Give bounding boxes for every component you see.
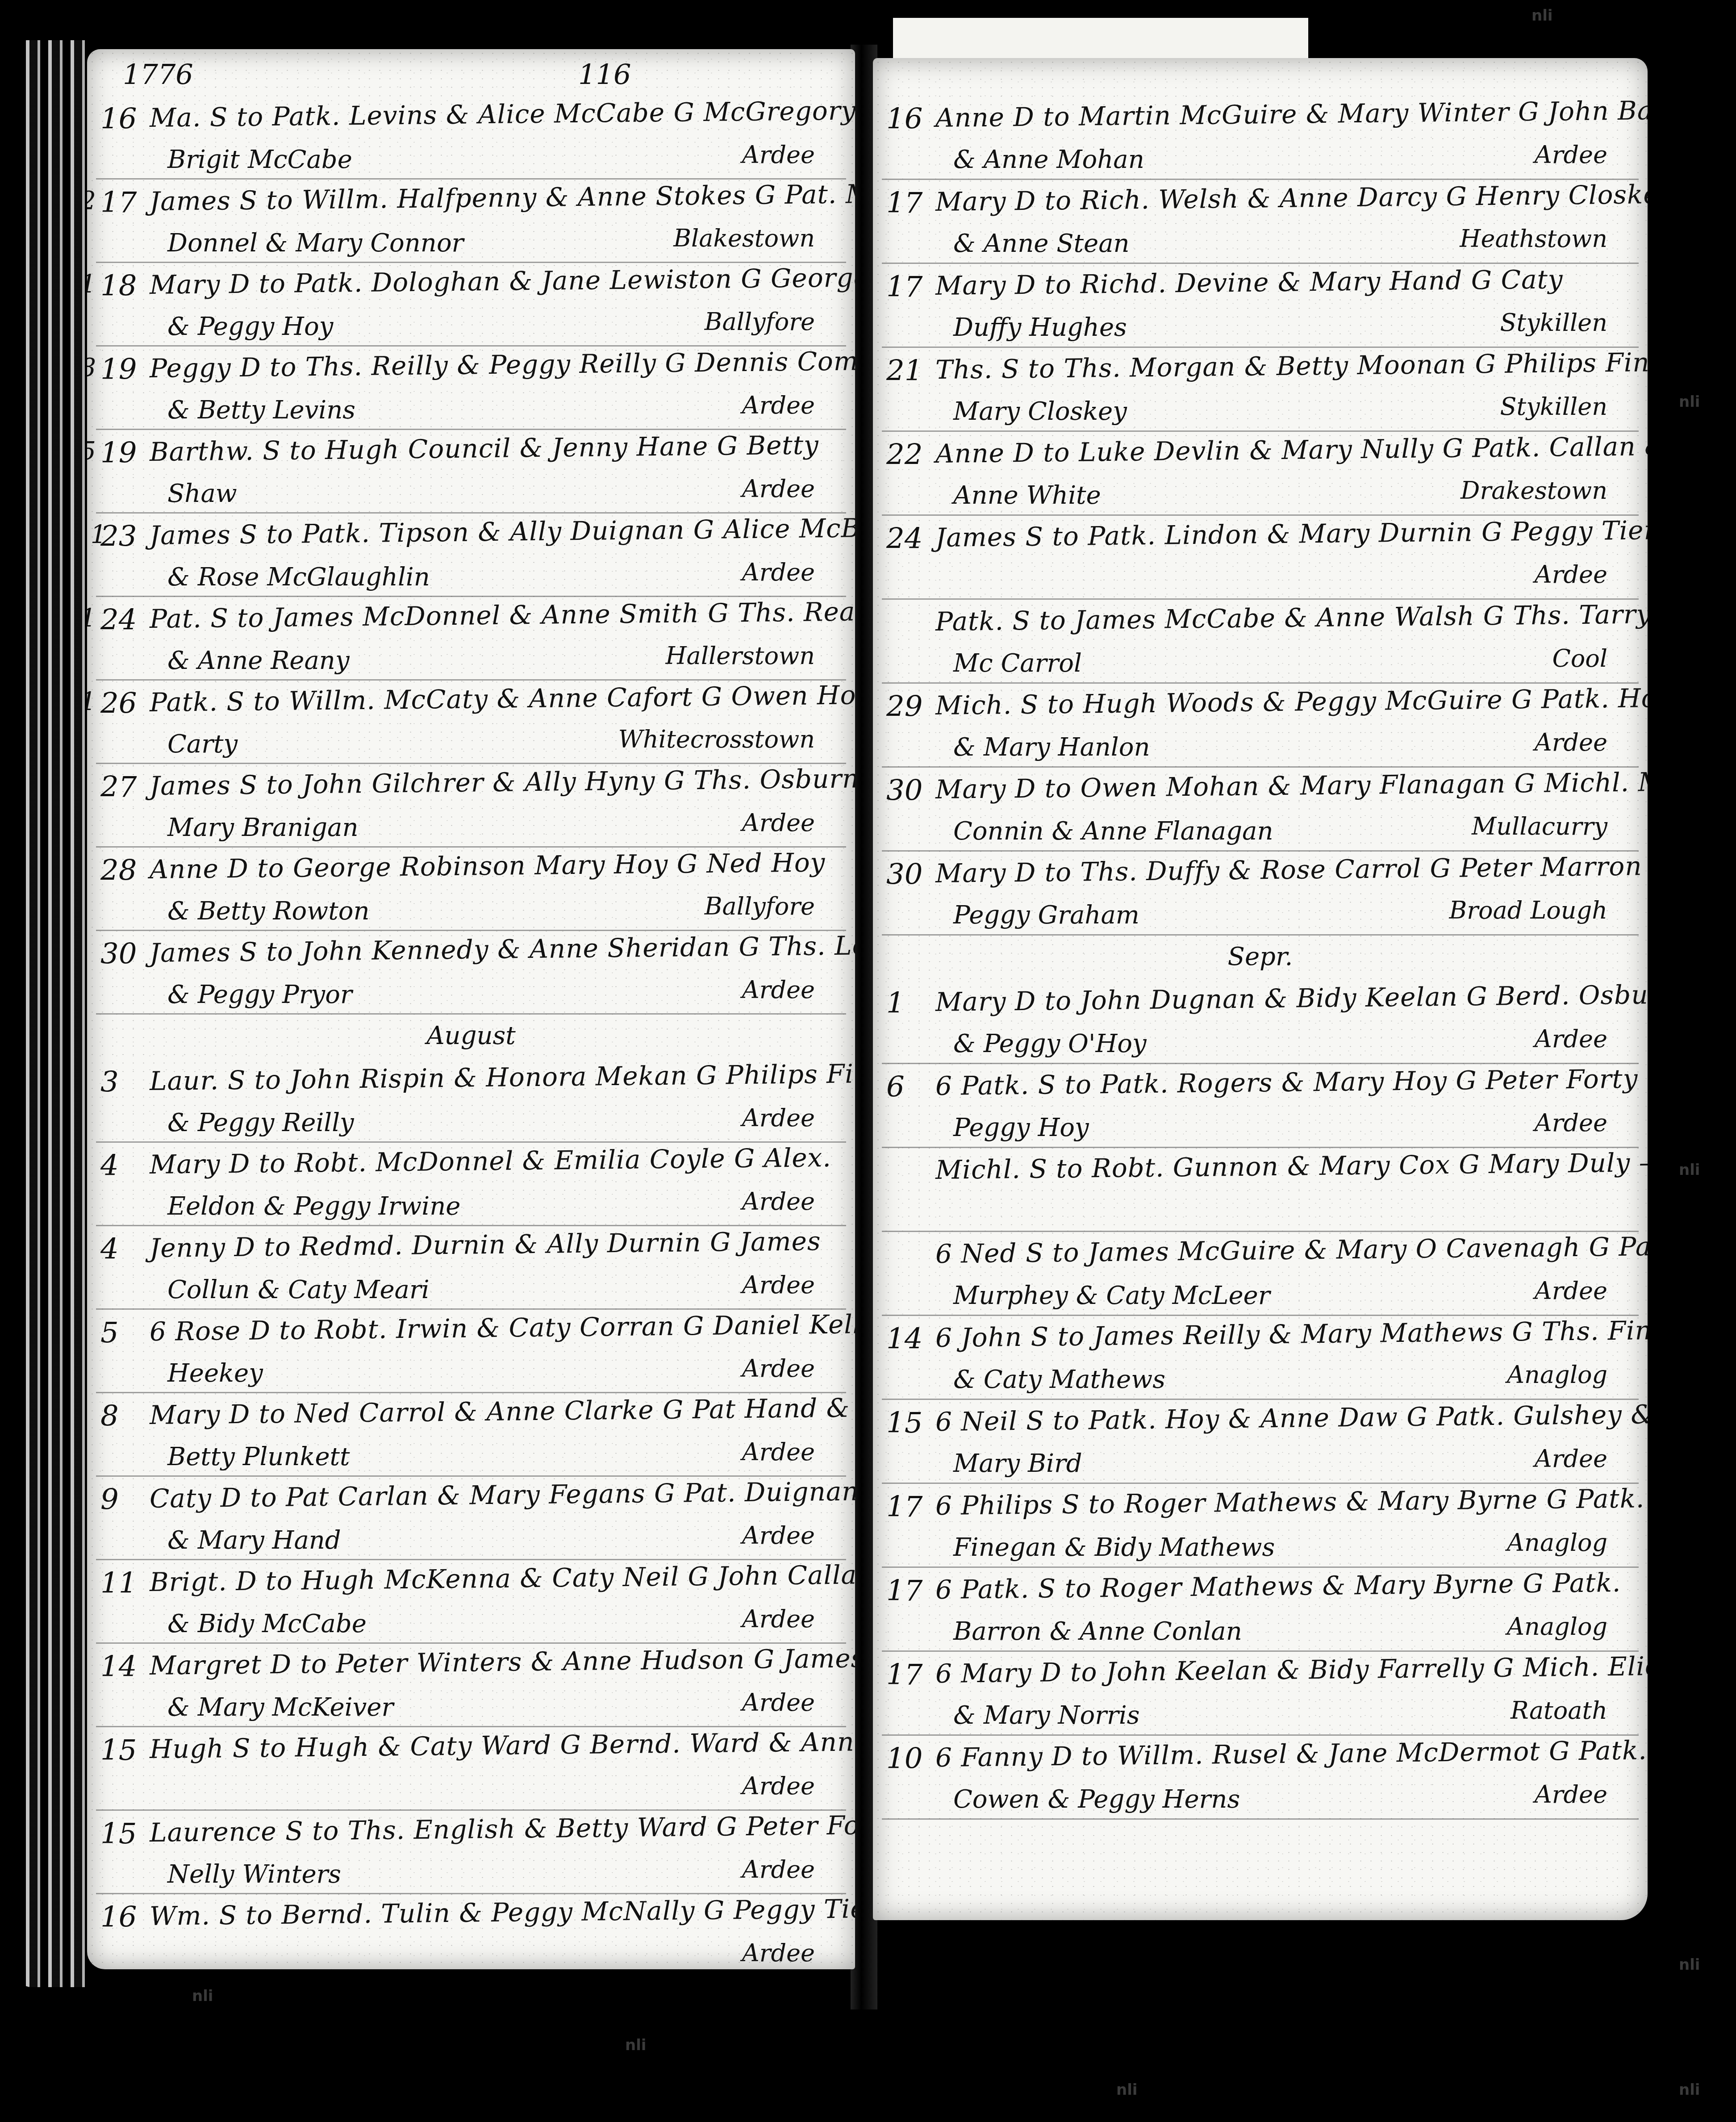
entry-place: Stykillen (1500, 393, 1607, 421)
register-entry: 56 Rose D to Robt. Irwin & Caty Corran G… (87, 1312, 855, 1401)
entry-line-2: & Peggy Reilly (167, 1108, 354, 1137)
entry-line-1: Brigt. D to Hugh McKenna & Caty Neil G J… (150, 1560, 842, 1597)
entry-day: 17 (886, 1491, 935, 1524)
register-entry: 24James S to Patk. Lindon & Mary Durnin … (873, 518, 1648, 607)
entry-line-1: Laur. S to John Rispin & Honora Mekan G … (150, 1059, 842, 1096)
register-entry: 1123James S to Patk. Tipson & Ally Duign… (87, 516, 855, 605)
entry-place: Stykillen (1500, 309, 1607, 337)
margin-number: 1 (87, 604, 101, 633)
entry-day: 1 (886, 987, 935, 1020)
entry-day: 4 (100, 1149, 150, 1182)
watermark: nli (192, 1987, 213, 2005)
entry-line-1: Ma. S to Patk. Levins & Alice McCabe G M… (150, 96, 842, 133)
entry-line-1: James S to Patk. Lindon & Mary Durnin G … (935, 515, 1635, 553)
entry-line-1: Mich. S to Hugh Woods & Peggy McGuire G … (935, 683, 1635, 721)
ruled-line (882, 850, 1639, 852)
entry-line-2: Mary Bird (953, 1449, 1082, 1478)
entry-day: 22 (886, 439, 935, 472)
entry-place: Ardee (742, 1772, 815, 1800)
entry-line-1: 6 Ned S to James McGuire & Mary O Cavena… (935, 1232, 1635, 1269)
entry-line-2: & Peggy O'Hoy (953, 1029, 1147, 1058)
entry-place: Ardee (742, 1521, 815, 1550)
register-entry: 16Wm. S to Bernd. Tulin & Peggy McNally … (87, 1896, 855, 1969)
entry-line-2: & Anne Mohan (953, 145, 1144, 174)
entry-line-2: Collun & Caty Meari (167, 1275, 430, 1304)
ruled-line (96, 846, 846, 848)
ruled-line (96, 1642, 846, 1644)
ruled-line (96, 345, 846, 347)
entry-line-1: Patk. S to Willm. McCaty & Anne Cafort G… (150, 680, 842, 718)
entry-line-2: & Mary McKeiver (167, 1693, 393, 1722)
entry-line-2: & Betty Levins (167, 396, 355, 425)
entry-place: Blakestown (673, 224, 815, 252)
page-header: 1776 116 (105, 54, 837, 94)
entry-line-2: Anne White (953, 481, 1101, 510)
entry-line-1: 6 Neil S to Patk. Hoy & Anne Daw G Patk.… (935, 1399, 1635, 1437)
entry-place: Cool (1552, 644, 1607, 673)
register-entry: 16Anne D to Martin McGuire & Mary Winter… (873, 98, 1648, 188)
entry-place: Broad Lough (1449, 896, 1607, 924)
register-entry: Michl. S to Robt. Gunnon & Mary Cox G Ma… (873, 1150, 1648, 1240)
entry-day: 30 (886, 858, 935, 891)
book-page-edges (18, 40, 89, 1987)
ruled-line (882, 179, 1639, 180)
ruled-line (882, 934, 1639, 936)
entry-line-2: Mary Branigan (167, 813, 359, 842)
register-entry: 6 Ned S to James McGuire & Mary O Cavena… (873, 1234, 1648, 1324)
ruled-line (882, 1483, 1639, 1484)
entry-line-1: Patk. S to James McCabe & Anne Walsh G T… (935, 599, 1635, 637)
entry-line-1: 6 Fanny D to Willm. Rusel & Jane McDermo… (935, 1735, 1635, 1773)
ruled-line (882, 514, 1639, 516)
entry-place: Ardee (1535, 1109, 1607, 1137)
watermark: nli (625, 2036, 647, 2054)
ruled-line (882, 1231, 1639, 1232)
entry-line-2: & Rose McGlaughlin (167, 563, 430, 592)
ruled-line (96, 1225, 846, 1226)
entry-line-1: James S to John Gilchrer & Ally Hyny G T… (150, 764, 842, 801)
entry-place: Ardee (742, 1855, 815, 1884)
entry-line-1: Caty D to Pat Carlan & Mary Fegans G Pat… (150, 1476, 842, 1514)
ruled-line (96, 763, 846, 764)
ruled-line (96, 1141, 846, 1143)
entry-line-1: Anne D to Luke Devlin & Mary Nully G Pat… (935, 431, 1635, 469)
ruled-line (96, 1726, 846, 1727)
margin-number: 5 (87, 437, 101, 466)
entry-day: 3 (100, 1066, 150, 1099)
entry-day: 21 (886, 355, 935, 388)
entry-line-1: Mary D to Richd. Devine & Mary Hand G Ca… (935, 263, 1635, 301)
entry-place: Ardee (742, 1438, 815, 1466)
entry-day: 29 (886, 690, 935, 723)
register-entry: 1Mary D to John Dugnan & Bidy Keelan G B… (873, 982, 1648, 1072)
entry-line-2: & Anne Reany (167, 646, 350, 675)
watermark: nli (1532, 7, 1553, 25)
ruled-line (882, 1147, 1639, 1148)
entry-place: Ardee (742, 1939, 815, 1967)
entry-line-1: Laurence S to Ths. English & Betty Ward … (150, 1810, 842, 1848)
ruled-line (882, 263, 1639, 264)
entry-line-2: & Caty Mathews (953, 1365, 1165, 1394)
entry-line-2: Eeldon & Peggy Irwine (167, 1192, 460, 1221)
entry-day: 15 (886, 1407, 935, 1440)
entry-line-1: Mary D to Ned Carrol & Anne Clarke G Pat… (150, 1393, 842, 1430)
watermark: nli (1679, 1956, 1700, 1974)
entry-day: 17 (886, 1575, 935, 1608)
entry-day: 10 (886, 1742, 935, 1775)
register-entry: 3Laur. S to John Rispin & Honora Mekan G… (87, 1061, 855, 1151)
right-page: 16Anne D to Martin McGuire & Mary Winter… (873, 58, 1648, 1920)
register-entry: 30James S to John Kennedy & Anne Sherida… (87, 933, 855, 1023)
register-entry: 15Hugh S to Hugh & Caty Ward G Bernd. Wa… (87, 1729, 855, 1819)
entry-day: 30 (886, 774, 935, 807)
entry-day: 27 (100, 771, 150, 804)
entry-day: 6 (886, 1071, 935, 1104)
paper-slip (893, 18, 1306, 63)
ruled-line (96, 512, 846, 514)
entry-place: Hallerstown (665, 642, 815, 670)
ruled-line (96, 1392, 846, 1393)
entry-place: Drakestown (1461, 476, 1607, 505)
ruled-line (882, 598, 1639, 600)
ruled-line (882, 347, 1639, 348)
entry-line-1: 6 John S to James Reilly & Mary Mathews … (935, 1316, 1635, 1353)
register-entry: Patk. S to James McCabe & Anne Walsh G T… (873, 602, 1648, 691)
entry-line-1: 6 Patk. S to Patk. Rogers & Mary Hoy G P… (935, 1064, 1635, 1101)
ruled-line (96, 596, 846, 597)
watermark: nli (1679, 1161, 1700, 1179)
entry-day: 28 (100, 854, 150, 887)
register-entry: 118Mary D to Patk. Dologhan & Jane Lewis… (87, 265, 855, 355)
register-entry: 17Mary D to Rich. Welsh & Anne Darcy G H… (873, 182, 1648, 272)
entry-day: 15 (100, 1734, 150, 1767)
register-year: 1776 (123, 58, 193, 91)
entry-line-1: Wm. S to Bernd. Tulin & Peggy McNally G … (150, 1894, 842, 1931)
entry-day: 17 (100, 186, 150, 219)
entry-day: 5 (100, 1316, 150, 1349)
entry-day: 8 (100, 1400, 150, 1433)
entry-day: 14 (886, 1323, 935, 1356)
watermark: nli (1679, 2081, 1700, 2099)
register-entry: 30Mary D to Ths. Duffy & Rose Carrol G P… (873, 854, 1648, 943)
entry-line-2: Carty (167, 730, 238, 759)
entry-day: 16 (886, 103, 935, 136)
register-entry: 4Mary D to Robt. McDonnel & Emilia Coyle… (87, 1145, 855, 1234)
entry-line-2: Finegan & Bidy Mathews (953, 1533, 1275, 1562)
entry-place: Ardee (742, 1605, 815, 1633)
left-page: 1776 116 16Ma. S to Patk. Levins & Alice… (87, 49, 855, 1969)
entry-line-2: & Bidy McCabe (167, 1609, 367, 1638)
entry-line-2: Peggy Hoy (953, 1113, 1089, 1142)
ruled-line (96, 178, 846, 180)
entry-line-1: Mary D to Robt. McDonnel & Emilia Coyle … (150, 1142, 842, 1180)
ruled-line (882, 1650, 1639, 1652)
register-entry: 11Brigt. D to Hugh McKenna & Caty Neil G… (87, 1562, 855, 1652)
ruled-line (882, 766, 1639, 768)
register-entry: 27James S to John Gilchrer & Ally Hyny G… (87, 766, 855, 856)
entry-place: Ardee (1535, 560, 1607, 589)
entry-line-2: Murphey & Caty McLeer (953, 1281, 1270, 1310)
register-entry: 217James S to Willm. Halfpenny & Anne St… (87, 182, 855, 271)
entry-place: Ardee (742, 1688, 815, 1717)
ruled-line (882, 1315, 1639, 1316)
entry-line-2: Duffy Hughes (953, 313, 1127, 342)
entry-place: Ardee (742, 976, 815, 1004)
entry-place: Heathstown (1460, 225, 1607, 253)
ruled-line (882, 1818, 1639, 1820)
ruled-line (882, 1063, 1639, 1064)
entry-line-2: & Mary Norris (953, 1701, 1139, 1730)
entry-line-1: James S to Willm. Halfpenny & Anne Stoke… (150, 179, 842, 217)
entry-day: 26 (100, 687, 150, 720)
entry-line-2: Mary Closkey (953, 397, 1127, 426)
entry-day: 11 (100, 1567, 150, 1600)
ruled-line (96, 1013, 846, 1015)
entry-line-1: Pat. S to James McDonnel & Anne Smith G … (150, 597, 842, 634)
entry-place: Mullacurry (1472, 812, 1607, 840)
entry-place: Ardee (742, 809, 815, 837)
entry-line-1: Michl. S to Robt. Gunnon & Mary Cox G Ma… (935, 1148, 1635, 1185)
entry-place: Anaglog (1507, 1529, 1607, 1557)
entry-place: Ardee (742, 141, 815, 169)
register-entry: 819Peggy D to Ths. Reilly & Peggy Reilly… (87, 349, 855, 438)
register-entry: 9Caty D to Pat Carlan & Mary Fegans G Pa… (87, 1479, 855, 1568)
month-heading: Sepr. (873, 942, 1648, 971)
entry-line-1: 6 Patk. S to Roger Mathews & Mary Byrne … (935, 1567, 1635, 1605)
register-entry: 156 Neil S to Patk. Hoy & Anne Daw G Pat… (873, 1402, 1648, 1491)
entry-day: 24 (100, 604, 150, 637)
entry-day: 19 (100, 437, 150, 470)
entry-place: Ardee (742, 391, 815, 419)
entry-line-2: Connin & Anne Flanagan (953, 817, 1273, 846)
margin-number: 1 (87, 270, 101, 299)
entry-day: 17 (886, 187, 935, 220)
register-entry: 146 John S to James Reilly & Mary Mathew… (873, 1318, 1648, 1408)
entry-line-1: Jenny D to Redmd. Durnin & Ally Durnin G… (150, 1226, 842, 1263)
entry-line-1: 6 Rose D to Robt. Irwin & Caty Corran G … (150, 1309, 842, 1347)
entry-place: Ardee (1535, 141, 1607, 169)
entry-place: Ardee (742, 1104, 815, 1132)
ruled-line (96, 930, 846, 931)
entry-line-1: Ths. S to Ths. Morgan & Betty Moonan G P… (935, 347, 1635, 385)
entry-line-2: & Peggy Hoy (167, 312, 333, 341)
entry-line-1: Barthw. S to Hugh Council & Jenny Hane G… (150, 430, 842, 467)
entry-line-2: Peggy Graham (953, 901, 1139, 930)
entry-day: 30 (100, 938, 150, 971)
margin-number: 8 (87, 353, 101, 382)
register-entry: 66 Patk. S to Patk. Rogers & Mary Hoy G … (873, 1066, 1648, 1156)
entry-line-1: Mary D to Owen Mohan & Mary Flanagan G M… (935, 767, 1635, 805)
ruled-line (96, 1809, 846, 1811)
ruled-line (96, 1475, 846, 1477)
entry-day: 4 (100, 1233, 150, 1266)
entry-line-2: Heekey (167, 1359, 263, 1388)
entry-line-2: & Mary Hand (167, 1526, 341, 1555)
entry-line-1: Mary D to Patk. Dologhan & Jane Lewiston… (150, 263, 842, 300)
watermark: nli (1679, 393, 1700, 411)
entry-line-2: Betty Plunkett (167, 1442, 350, 1471)
entry-place: Ardee (1535, 1277, 1607, 1305)
entry-line-2: Shaw (167, 479, 237, 508)
paper-slip-end (1259, 18, 1308, 63)
entry-line-2: Cowen & Peggy Herns (953, 1785, 1240, 1814)
ruled-line (882, 1566, 1639, 1568)
entry-place: Anaglog (1507, 1612, 1607, 1641)
register-entry: 21Ths. S to Ths. Morgan & Betty Moonan G… (873, 350, 1648, 439)
entry-place: Anaglog (1507, 1361, 1607, 1389)
ruled-line (882, 1399, 1639, 1400)
register-entry: 4Jenny D to Redmd. Durnin & Ally Durnin … (87, 1228, 855, 1318)
ruled-line (882, 1734, 1639, 1736)
entry-day: 19 (100, 353, 150, 386)
entry-line-1: Mary D to Ths. Duffy & Rose Carrol G Pet… (935, 851, 1635, 889)
entry-place: Ardee (1535, 1025, 1607, 1053)
entry-place: Ballyfore (705, 308, 815, 336)
watermark: nli (1116, 2081, 1138, 2099)
entry-line-1: Margret D to Peter Winters & Anne Hudson… (150, 1643, 842, 1681)
entry-day: 14 (100, 1650, 150, 1683)
entry-line-2: & Betty Rowton (167, 897, 369, 926)
ruled-line (96, 1893, 846, 1894)
entry-place: Ardee (1535, 728, 1607, 756)
entry-day: 24 (886, 522, 935, 556)
entry-line-1: Anne D to Martin McGuire & Mary Winter G… (935, 96, 1635, 133)
entry-place: Ardee (742, 1354, 815, 1383)
register-entry: 14Margret D to Peter Winters & Anne Huds… (87, 1646, 855, 1735)
register-entry: 16Ma. S to Patk. Levins & Alice McCabe G… (87, 98, 855, 188)
margin-number: 11 (87, 520, 101, 549)
register-entry: 22Anne D to Luke Devlin & Mary Nully G P… (873, 434, 1648, 523)
ruled-line (882, 682, 1639, 684)
month-heading: August (87, 1021, 855, 1050)
entry-line-2: Brigit McCabe (167, 145, 352, 174)
entry-day: 9 (100, 1483, 150, 1516)
entry-line-1: 6 Mary D to John Keelan & Bidy Farrelly … (935, 1651, 1635, 1689)
entry-line-1: Mary D to Rich. Welsh & Anne Darcy G Hen… (935, 180, 1635, 217)
margin-number: 1 (87, 687, 101, 716)
register-entry: 8Mary D to Ned Carrol & Anne Clarke G Pa… (87, 1395, 855, 1485)
ruled-line (96, 1559, 846, 1560)
entry-line-1: Peggy D to Ths. Reilly & Peggy Reilly G … (150, 346, 842, 384)
register-entry: 176 Mary D to John Keelan & Bidy Farrell… (873, 1654, 1648, 1743)
entry-line-1: James S to John Kennedy & Anne Sheridan … (150, 931, 842, 968)
ruled-line (882, 430, 1639, 432)
register-entry: 126Patk. S to Willm. McCaty & Anne Cafor… (87, 683, 855, 772)
entry-day: 15 (100, 1817, 150, 1850)
entry-line-2: Barron & Anne Conlan (953, 1617, 1242, 1646)
entry-place: Ardee (742, 558, 815, 586)
entry-day: 16 (100, 1901, 150, 1934)
folio-number: 116 (578, 58, 631, 91)
entry-line-2: & Mary Hanlon (953, 733, 1150, 762)
entry-line-1: 6 Philips S to Roger Mathews & Mary Byrn… (935, 1483, 1635, 1521)
entry-place: Ardee (1535, 1780, 1607, 1809)
entry-line-2: Donnel & Mary Connor (167, 229, 463, 258)
entry-line-2: & Anne Stean (953, 229, 1130, 258)
entry-place: Ardee (1535, 1445, 1607, 1473)
register-entry: 106 Fanny D to Willm. Rusel & Jane McDer… (873, 1738, 1648, 1827)
entry-line-1: Mary D to John Dugnan & Bidy Keelan G Be… (935, 980, 1635, 1017)
entry-day: 16 (100, 103, 150, 136)
entry-place: Ballyfore (705, 892, 815, 920)
register-entry: 176 Patk. S to Roger Mathews & Mary Byrn… (873, 1570, 1648, 1659)
entry-line-1: Anne D to George Robinson Mary Hoy G Ned… (150, 847, 842, 885)
register-entry: 519Barthw. S to Hugh Council & Jenny Han… (87, 432, 855, 522)
entry-place: Ratoath (1511, 1696, 1607, 1725)
register-entry: 176 Philips S to Roger Mathews & Mary By… (873, 1486, 1648, 1575)
ruled-line (96, 262, 846, 263)
entry-line-1: James S to Patk. Tipson & Ally Duignan G… (150, 513, 842, 551)
ruled-line (96, 679, 846, 681)
entry-line-2: Nelly Winters (167, 1860, 341, 1889)
entry-line-2: Mc Carrol (953, 649, 1082, 678)
register-entry: 17Mary D to Richd. Devine & Mary Hand G … (873, 266, 1648, 355)
entry-place: Ardee (742, 475, 815, 503)
ruled-line (96, 1308, 846, 1310)
entry-place: Whitecrosstown (618, 725, 815, 753)
entry-place: Ardee (742, 1187, 815, 1216)
register-entry: 28Anne D to George Robinson Mary Hoy G N… (87, 850, 855, 939)
register-entry: 15Laurence S to Ths. English & Betty War… (87, 1813, 855, 1902)
entry-day: 17 (886, 271, 935, 304)
margin-number: 2 (87, 186, 101, 215)
register-entry: 124Pat. S to James McDonnel & Anne Smith… (87, 599, 855, 689)
entry-day: 23 (100, 520, 150, 553)
register-entry: 29Mich. S to Hugh Woods & Peggy McGuire … (873, 686, 1648, 775)
entry-day: 18 (100, 270, 150, 303)
entry-line-1: Hugh S to Hugh & Caty Ward G Bernd. Ward… (150, 1727, 842, 1764)
entry-day: 17 (886, 1658, 935, 1692)
register-entry: 30Mary D to Owen Mohan & Mary Flanagan G… (873, 770, 1648, 859)
entry-place: Ardee (742, 1271, 815, 1299)
ruled-line (96, 429, 846, 430)
entry-line-2: & Peggy Pryor (167, 980, 352, 1009)
